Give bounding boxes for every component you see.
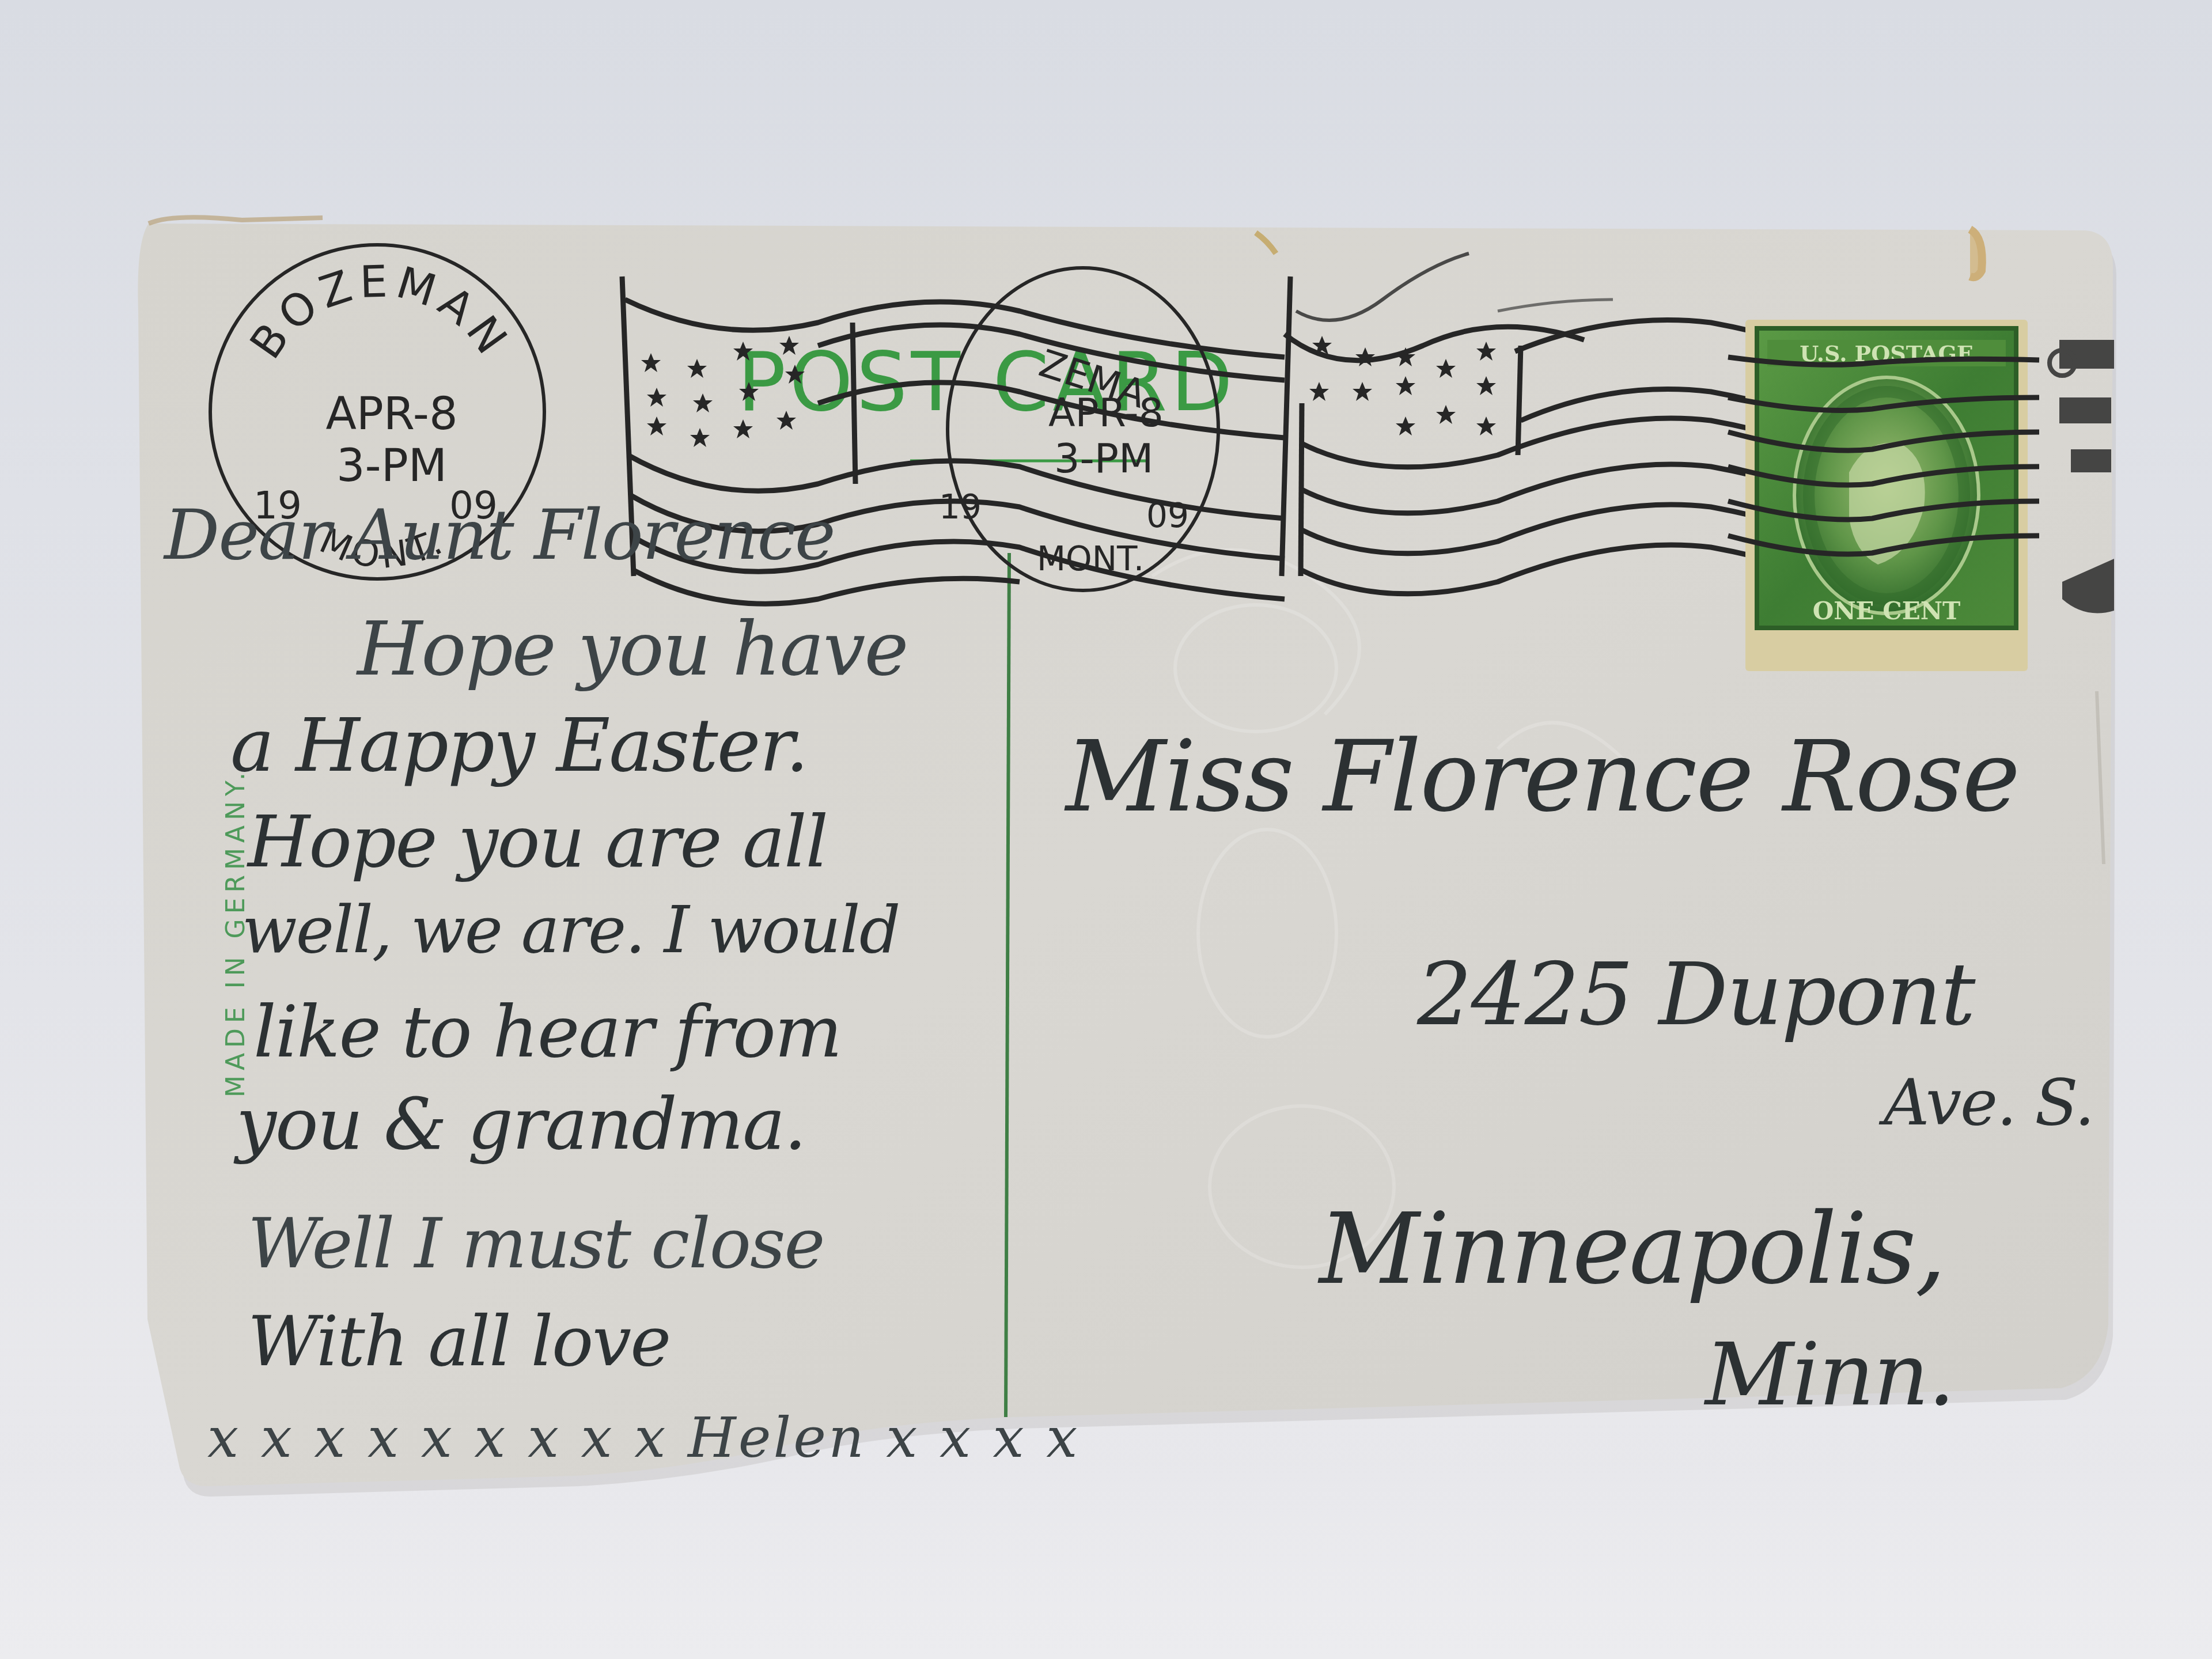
svg-text:3-PM: 3-PM — [336, 440, 447, 492]
message-line: Dear Aunt Florence — [164, 495, 835, 575]
svg-text:MONT.: MONT. — [1037, 539, 1144, 578]
address-city: Minneapolis, — [1319, 1192, 1945, 1306]
message-line: Well I must close — [248, 1204, 824, 1284]
address-street2: Ave. S. — [1884, 1066, 2094, 1139]
message-line: With all love — [248, 1302, 670, 1382]
address-state: Minn. — [1705, 1325, 1954, 1425]
message-line: Hope you are all — [248, 801, 827, 884]
message-line: Hope you have — [357, 605, 907, 692]
signature-line: x x x x x x x x x Helen x x x x — [207, 1406, 1080, 1470]
svg-text:APR-8: APR-8 — [1048, 391, 1164, 436]
postcard: POST CARD BOZEMAN APR-8 3-PM 19 09 MONT. — [0, 0, 2212, 1659]
svg-text:APR-8: APR-8 — [325, 388, 457, 440]
message-line: well, we are. I would — [242, 893, 899, 968]
svg-text:ONE CENT: ONE CENT — [1813, 597, 1961, 625]
message-line: a Happy Easter. — [230, 703, 808, 789]
message-line: you & grandma. — [236, 1083, 806, 1166]
message-line: like to hear from — [253, 991, 841, 1074]
svg-text:3-PM: 3-PM — [1054, 435, 1153, 482]
svg-text:19: 19 — [939, 487, 982, 527]
postage-stamp: U.S. POSTAGE ONE CENT — [1745, 320, 2028, 671]
address-street: 2425 Dupont — [1417, 945, 1975, 1045]
svg-text:09: 09 — [1146, 496, 1189, 535]
address-name: Miss Florence Rose — [1066, 720, 2019, 834]
